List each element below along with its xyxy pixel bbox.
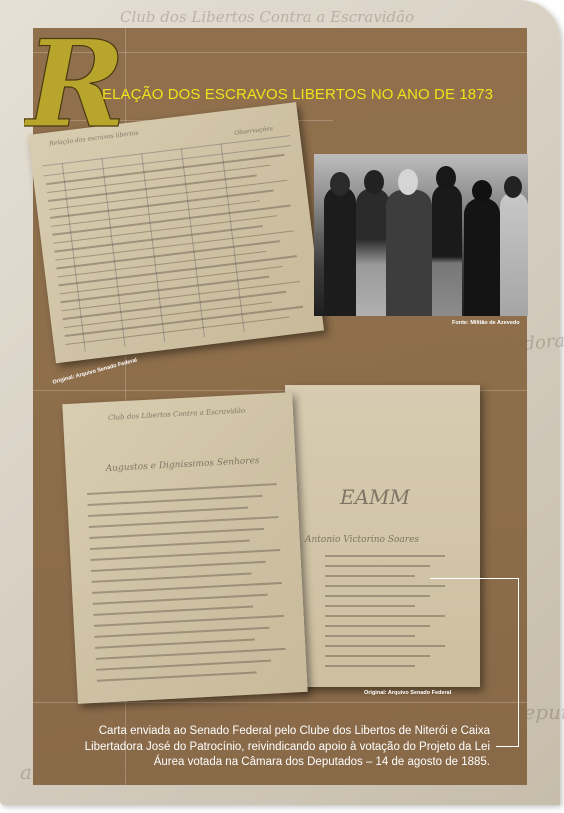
letter1-salutation: Augustos e Dignissimos Senhores xyxy=(105,456,259,474)
historical-photo xyxy=(314,154,528,316)
photo-credit: Fonte: Militão de Azevedo xyxy=(452,320,520,326)
ledger-column-label: Observações xyxy=(234,125,273,137)
background-script: Club dos Libertos Contra a Escravidão xyxy=(120,8,414,26)
letter2-name: Antonio Victorino Soares xyxy=(305,535,419,545)
page-title: ELAÇÃO DOS ESCRAVOS LIBERTOS NO ANO DE 1… xyxy=(102,86,493,103)
callout-tick xyxy=(496,746,518,747)
letter2-monogram: EAMM xyxy=(340,485,410,509)
svg-text:R: R xyxy=(24,22,124,144)
decorative-dropcap: R xyxy=(24,22,124,144)
letter-document-1: Club dos Libertos Contra a Escravidão Au… xyxy=(62,392,307,704)
main-caption: Carta enviada ao Senado Federal pelo Clu… xyxy=(58,724,490,771)
callout-bracket xyxy=(430,578,519,747)
letter1-heading: Club dos Libertos Contra a Escravidão xyxy=(108,407,245,422)
